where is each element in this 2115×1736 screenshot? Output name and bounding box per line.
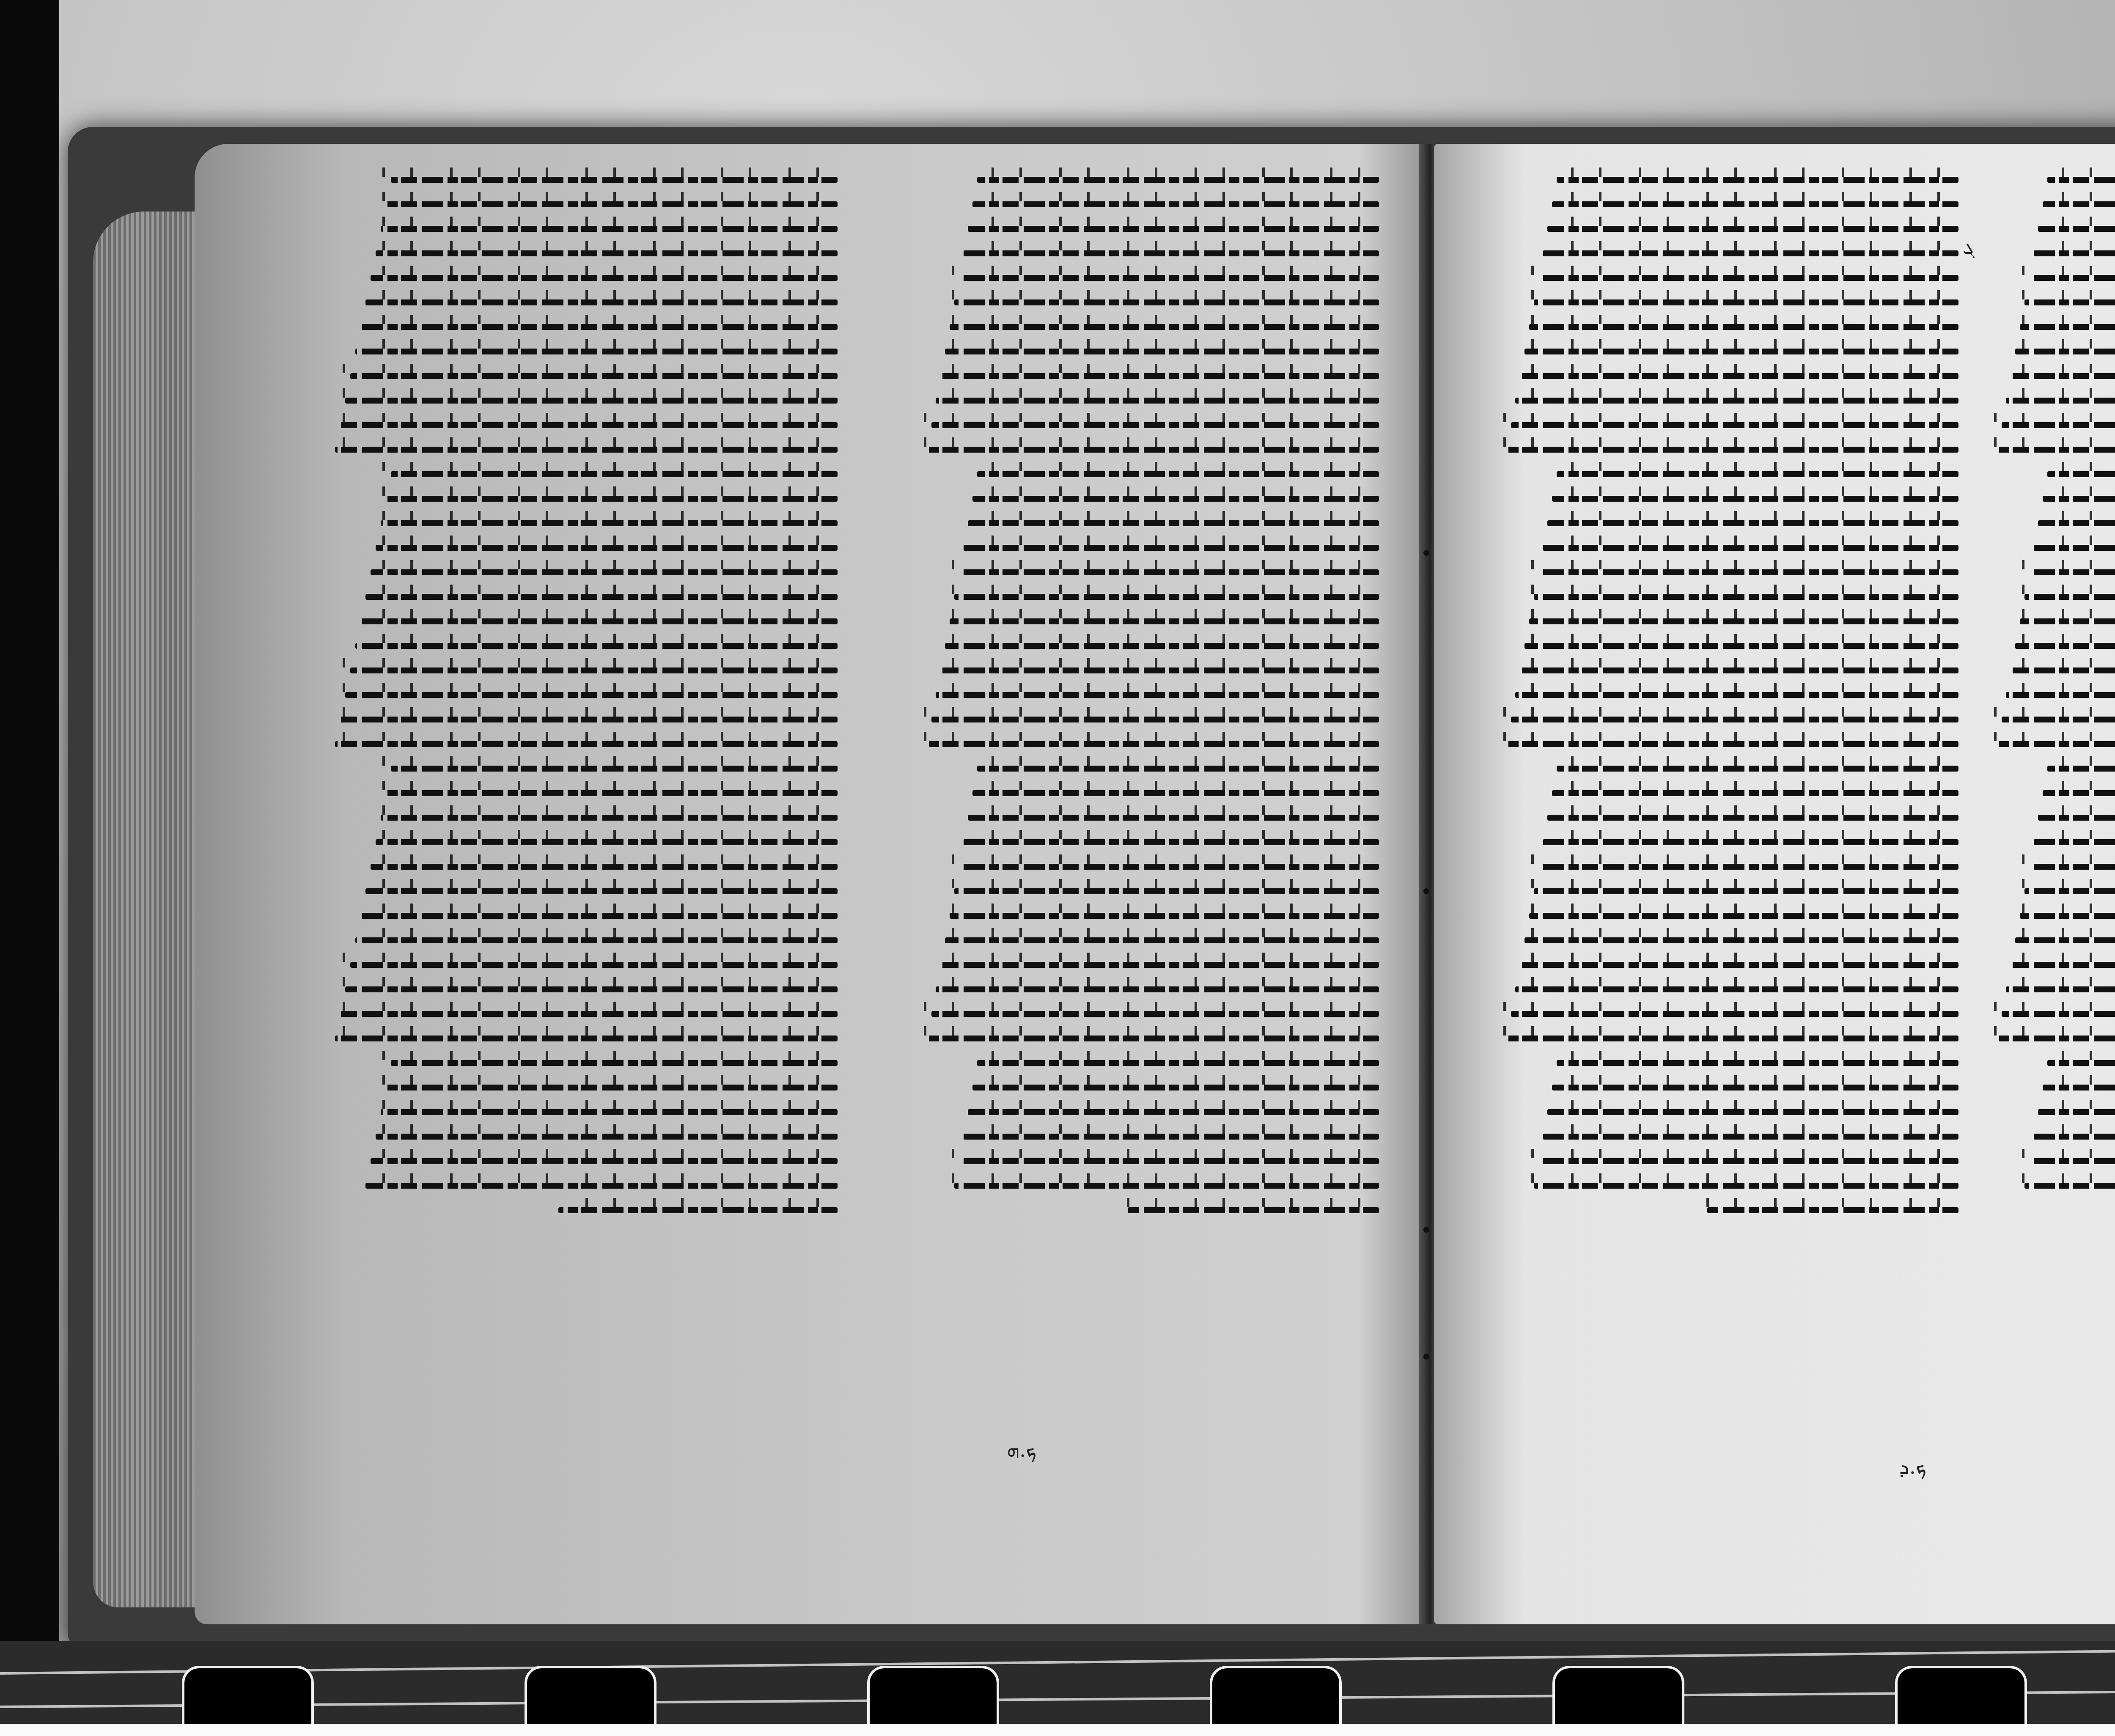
manuscript-text-line	[1992, 807, 2115, 829]
manuscript-text-line	[922, 1052, 1379, 1074]
handwritten-script	[2047, 177, 2115, 183]
handwritten-script	[376, 250, 838, 256]
manuscript-text-line	[1992, 316, 2115, 338]
manuscript-text-line	[1992, 1003, 2115, 1025]
handwritten-script	[2002, 422, 2115, 428]
handwritten-script	[2024, 594, 2115, 600]
manuscript-text-line	[330, 758, 838, 780]
handwritten-script	[371, 1158, 838, 1164]
manuscript-text-line	[922, 1175, 1379, 1197]
manuscript-text-line	[1992, 979, 2115, 1001]
handwritten-script	[1128, 1207, 1379, 1213]
handwritten-script	[936, 398, 1379, 404]
manuscript-text-line	[330, 1175, 838, 1197]
manuscript-text-line	[1502, 439, 1958, 461]
handwritten-script	[2043, 1085, 2115, 1090]
handwritten-script	[558, 1207, 838, 1213]
handwritten-script	[972, 496, 1379, 502]
manuscript-text-line	[922, 684, 1379, 706]
manuscript-text-line	[1992, 1175, 2115, 1197]
handwritten-script	[350, 667, 838, 673]
handwritten-script	[371, 569, 838, 575]
manuscript-text-line	[922, 881, 1379, 903]
handwritten-script	[2047, 1060, 2115, 1066]
manuscript-text-line	[330, 1101, 838, 1123]
handwritten-script	[2015, 643, 2115, 649]
manuscript-text-line	[330, 1151, 838, 1173]
handwritten-script	[2029, 275, 2115, 281]
manuscript-text-line	[1502, 1151, 1958, 1173]
film-scratch-line	[0, 1644, 2115, 1675]
manuscript-text-line	[1502, 537, 1958, 559]
manuscript-text-line	[330, 488, 838, 510]
handwritten-script	[950, 324, 1379, 330]
film-left-border	[0, 0, 59, 1736]
handwritten-script	[345, 398, 838, 404]
manuscript-text-line	[330, 218, 838, 240]
manuscript-text-line	[330, 415, 838, 437]
handwritten-script	[945, 643, 1379, 649]
film-sprocket-strip	[0, 1641, 2115, 1736]
manuscript-text-line	[1992, 292, 2115, 314]
handwritten-script	[2047, 766, 2115, 772]
film-scratch-line	[0, 1687, 2115, 1708]
handwritten-script	[335, 1036, 838, 1041]
handwritten-script	[391, 177, 838, 183]
manuscript-text-line	[330, 979, 838, 1001]
handwritten-script	[977, 471, 1379, 477]
binding-stitch	[1423, 550, 1429, 556]
manuscript-text-line	[1992, 611, 2115, 633]
handwritten-script	[931, 422, 1379, 428]
manuscript-text-line	[922, 1077, 1379, 1099]
handwritten-script	[2033, 545, 2115, 551]
handwritten-script	[940, 373, 1379, 379]
manuscript-text-line	[922, 807, 1379, 829]
manuscript-text-line	[330, 243, 838, 265]
manuscript-text-line	[922, 415, 1379, 437]
manuscript-text-line	[922, 1101, 1379, 1123]
handwritten-script	[936, 986, 1379, 992]
manuscript-text-line	[1992, 341, 2115, 363]
manuscript-text-line	[1992, 832, 2115, 854]
handwritten-script	[1506, 447, 1958, 453]
manuscript-text-line	[330, 807, 838, 829]
handwritten-script	[360, 618, 838, 624]
manuscript-text-line	[922, 586, 1379, 608]
manuscript-text-line	[922, 905, 1379, 927]
handwritten-script	[963, 545, 1379, 551]
manuscript-text-line	[1992, 1028, 2115, 1050]
handwritten-script	[2006, 986, 2115, 992]
manuscript-text-line	[330, 954, 838, 976]
manuscript-text-line	[1992, 586, 2115, 608]
manuscript-text-line	[1992, 365, 2115, 387]
manuscript-text-line	[1992, 513, 2115, 535]
manuscript-text-line	[1502, 660, 1958, 682]
handwritten-script	[1511, 422, 1958, 428]
manuscript-text-line	[1992, 562, 2115, 584]
manuscript-text-line	[1992, 194, 2115, 216]
handwritten-script	[2006, 692, 2115, 698]
manuscript-text-line	[330, 856, 838, 878]
manuscript-text-line	[330, 513, 838, 535]
manuscript-text-line	[1502, 979, 1958, 1001]
handwritten-script	[954, 1183, 1379, 1189]
manuscript-text-line	[1992, 537, 2115, 559]
handwritten-script	[963, 250, 1379, 256]
manuscript-text-line	[922, 1003, 1379, 1025]
handwritten-script	[2038, 815, 2115, 821]
handwritten-script	[940, 667, 1379, 673]
handwritten-script	[972, 790, 1379, 796]
handwritten-script	[1547, 815, 1958, 821]
manuscript-text-line	[1992, 218, 2115, 240]
handwritten-script	[1511, 1011, 1958, 1017]
handwritten-script	[931, 1011, 1379, 1017]
manuscript-text-line	[1992, 464, 2115, 486]
manuscript-text-line	[922, 832, 1379, 854]
handwritten-script	[2020, 618, 2115, 624]
manuscript-text-line	[922, 660, 1379, 682]
manuscript-text-line	[922, 341, 1379, 363]
handwritten-script	[972, 201, 1379, 207]
handwritten-script	[340, 1011, 838, 1017]
handwritten-script	[386, 201, 838, 207]
manuscript-text-line	[1502, 1200, 1958, 1222]
handwritten-script	[1534, 594, 1958, 600]
handwritten-script	[959, 1158, 1379, 1164]
manuscript-text-line	[330, 1200, 838, 1222]
handwritten-script	[2020, 913, 2115, 919]
manuscript-text-line	[330, 783, 838, 805]
manuscript-text-line	[1502, 243, 1958, 265]
manuscript-text-line	[922, 733, 1379, 755]
handwritten-script	[2011, 373, 2115, 379]
handwritten-script	[927, 447, 1379, 453]
manuscript-text-line	[1502, 733, 1958, 755]
manuscript-text-line	[1992, 243, 2115, 265]
handwritten-script	[1552, 1085, 1958, 1090]
manuscript-text-line	[1502, 856, 1958, 878]
handwritten-script	[2011, 962, 2115, 968]
manuscript-text-line	[330, 930, 838, 952]
handwritten-script	[2033, 250, 2115, 256]
handwritten-script	[1997, 741, 2115, 747]
manuscript-text-line	[1502, 562, 1958, 584]
manuscript-text-line	[330, 881, 838, 903]
manuscript-text-line	[922, 169, 1379, 191]
handwritten-script	[2015, 349, 2115, 354]
manuscript-text-line	[330, 169, 838, 191]
handwritten-script	[2038, 1109, 2115, 1115]
binding-stitch	[1423, 1354, 1429, 1360]
handwritten-script	[1997, 1036, 2115, 1041]
manuscript-text-line	[922, 316, 1379, 338]
manuscript-text-line	[1502, 1052, 1958, 1074]
manuscript-text-line	[1992, 1126, 2115, 1148]
manuscript-text-line	[1992, 684, 2115, 706]
manuscript-text-line	[922, 954, 1379, 976]
manuscript-text-line	[1502, 684, 1958, 706]
handwritten-script	[376, 1134, 838, 1140]
handwritten-script	[1511, 717, 1958, 722]
handwritten-script	[2033, 839, 2115, 845]
handwritten-script	[2020, 324, 2115, 330]
handwritten-script	[350, 962, 838, 968]
handwritten-script	[972, 1085, 1379, 1090]
handwritten-script	[2024, 299, 2115, 305]
manuscript-text-line	[922, 390, 1379, 412]
manuscript-text-line	[1502, 169, 1958, 191]
manuscript-text-line	[922, 488, 1379, 510]
left-page-outer-column	[330, 169, 838, 1224]
manuscript-text-line	[1502, 390, 1958, 412]
handwritten-script	[1543, 545, 1958, 551]
page-edges-stack	[93, 212, 203, 1607]
handwritten-script	[1538, 1158, 1958, 1164]
handwritten-script	[1529, 324, 1958, 330]
manuscript-text-line	[922, 243, 1379, 265]
handwritten-script	[381, 815, 838, 821]
handwritten-script	[360, 324, 838, 330]
handwritten-script	[959, 864, 1379, 870]
handwritten-script	[2002, 1011, 2115, 1017]
handwritten-script	[1538, 275, 1958, 281]
left-page: ܟ.ܗ	[195, 144, 1421, 1624]
manuscript-text-line	[1502, 635, 1958, 657]
manuscript-text-line	[1502, 316, 1958, 338]
handwritten-script	[977, 177, 1379, 183]
manuscript-text-line	[330, 1003, 838, 1025]
manuscript-text-line	[1502, 1003, 1958, 1025]
handwritten-script	[931, 717, 1379, 722]
manuscript-text-line	[922, 218, 1379, 240]
handwritten-script	[940, 962, 1379, 968]
handwritten-script	[386, 790, 838, 796]
handwritten-script	[1557, 766, 1958, 772]
handwritten-script	[1529, 913, 1958, 919]
handwritten-script	[2038, 520, 2115, 526]
handwritten-script	[350, 373, 838, 379]
handwritten-script	[1506, 741, 1958, 747]
manuscript-text-line	[1502, 292, 1958, 314]
manuscript-text-line	[330, 194, 838, 216]
manuscript-text-line	[1502, 709, 1958, 731]
handwritten-script	[371, 864, 838, 870]
manuscript-text-line	[330, 365, 838, 387]
manuscript-text-line	[922, 513, 1379, 535]
handwritten-script	[371, 275, 838, 281]
handwritten-script	[1547, 1109, 1958, 1115]
right-page: ܓ ܟ.ܕ	[1434, 144, 2115, 1624]
handwritten-script	[1515, 692, 1958, 698]
manuscript-text-line	[1992, 439, 2115, 461]
manuscript-text-line	[1992, 1151, 2115, 1173]
handwritten-script	[1552, 496, 1958, 502]
manuscript-text-line	[1502, 954, 1958, 976]
handwritten-script	[1520, 667, 1958, 673]
handwritten-script	[1524, 643, 1958, 649]
manuscript-text-line	[1502, 758, 1958, 780]
manuscript-text-line	[330, 292, 838, 314]
manuscript-text-line	[330, 1126, 838, 1148]
manuscript-text-line	[922, 439, 1379, 461]
manuscript-text-line	[330, 733, 838, 755]
manuscript-text-line	[922, 758, 1379, 780]
handwritten-script	[1529, 618, 1958, 624]
handwritten-script	[1515, 398, 1958, 404]
manuscript-text-line	[1502, 464, 1958, 486]
handwritten-script	[355, 937, 838, 943]
manuscript-text-line	[1502, 1101, 1958, 1123]
handwritten-script	[1557, 177, 1958, 183]
manuscript-text-line	[1502, 905, 1958, 927]
handwritten-script	[1552, 201, 1958, 207]
manuscript-text-line	[1502, 807, 1958, 829]
handwritten-script	[1534, 1183, 1958, 1189]
manuscript-text-line	[922, 562, 1379, 584]
manuscript-text-line	[330, 684, 838, 706]
handwritten-script	[1547, 520, 1958, 526]
manuscript-text-line	[922, 783, 1379, 805]
manuscript-text-line	[1502, 415, 1958, 437]
manuscript-text-line	[330, 709, 838, 731]
manuscript-text-line	[1992, 488, 2115, 510]
manuscript-text-line	[1992, 1052, 2115, 1074]
handwritten-script	[1506, 1036, 1958, 1041]
manuscript-text-line	[330, 464, 838, 486]
handwritten-script	[1538, 864, 1958, 870]
handwritten-script	[2029, 864, 2115, 870]
manuscript-text-line	[1502, 586, 1958, 608]
manuscript-text-line	[330, 267, 838, 289]
manuscript-text-line	[1502, 365, 1958, 387]
handwritten-script	[340, 717, 838, 722]
left-page-foliation-mark: ܟ.ܗ	[1007, 1438, 1037, 1462]
handwritten-script	[1557, 1060, 1958, 1066]
manuscript-text-line	[1992, 267, 2115, 289]
handwritten-script	[945, 349, 1379, 354]
manuscript-text-line	[1502, 611, 1958, 633]
manuscript-text-line	[922, 537, 1379, 559]
handwritten-script	[1520, 373, 1958, 379]
handwritten-script	[959, 275, 1379, 281]
manuscript-text-line	[922, 979, 1379, 1001]
manuscript-text-line	[1502, 930, 1958, 952]
handwritten-script	[376, 545, 838, 551]
handwritten-script	[2011, 667, 2115, 673]
manuscript-text-line	[330, 439, 838, 461]
manuscript-text-line	[1992, 1101, 2115, 1123]
handwritten-script	[1547, 226, 1958, 232]
handwritten-script	[2002, 717, 2115, 722]
handwritten-script	[1552, 790, 1958, 796]
manuscript-text-line	[330, 586, 838, 608]
manuscript-text-line	[330, 1028, 838, 1050]
handwritten-script	[1534, 888, 1958, 894]
handwritten-script	[968, 1109, 1379, 1115]
handwritten-script	[386, 496, 838, 502]
handwritten-script	[1543, 1134, 1958, 1140]
handwritten-script	[1707, 1207, 1958, 1213]
handwritten-script	[1524, 349, 1958, 354]
handwritten-script	[360, 913, 838, 919]
manuscript-text-line	[922, 194, 1379, 216]
handwritten-script	[1543, 839, 1958, 845]
manuscript-text-line	[922, 1151, 1379, 1173]
manuscript-text-line	[1502, 832, 1958, 854]
manuscript-text-line	[1502, 194, 1958, 216]
open-codex: ܟ.ܗ ܓ ܟ.ܕ	[68, 127, 2115, 1650]
handwritten-script	[968, 520, 1379, 526]
handwritten-script	[1538, 569, 1958, 575]
manuscript-text-line	[1502, 783, 1958, 805]
manuscript-text-line	[1502, 267, 1958, 289]
handwritten-script	[365, 1183, 838, 1189]
handwritten-script	[950, 913, 1379, 919]
manuscript-text-line	[922, 635, 1379, 657]
manuscript-text-line	[1992, 758, 2115, 780]
handwritten-script	[365, 594, 838, 600]
manuscript-text-line	[922, 292, 1379, 314]
handwritten-script	[945, 937, 1379, 943]
manuscript-text-line	[1502, 1028, 1958, 1050]
manuscript-text-line	[330, 316, 838, 338]
handwritten-script	[950, 618, 1379, 624]
manuscript-text-line	[1992, 169, 2115, 191]
handwritten-script	[2006, 398, 2115, 404]
manuscript-text-line	[1992, 390, 2115, 412]
handwritten-script	[381, 226, 838, 232]
handwritten-script	[968, 226, 1379, 232]
handwritten-script	[927, 1036, 1379, 1041]
manuscript-text-line	[922, 856, 1379, 878]
handwritten-script	[2043, 496, 2115, 502]
manuscript-text-line	[330, 1052, 838, 1074]
handwritten-script	[2015, 937, 2115, 943]
right-page-outer-column	[1992, 169, 2115, 1224]
manuscript-text-line	[1992, 733, 2115, 755]
manuscript-text-line	[330, 660, 838, 682]
manuscript-text-line	[1992, 881, 2115, 903]
manuscript-text-line	[1502, 1126, 1958, 1148]
handwritten-script	[335, 447, 838, 453]
manuscript-text-line	[330, 611, 838, 633]
manuscript-text-line	[330, 635, 838, 657]
manuscript-text-line	[922, 611, 1379, 633]
handwritten-script	[954, 299, 1379, 305]
manuscript-text-line	[1502, 881, 1958, 903]
handwritten-script	[2029, 569, 2115, 575]
handwritten-script	[391, 1060, 838, 1066]
right-page-inner-column	[1502, 169, 1958, 1224]
binding-stitch	[1423, 888, 1429, 894]
handwritten-script	[959, 569, 1379, 575]
manuscript-text-line	[1992, 660, 2115, 682]
manuscript-text-line	[1502, 1077, 1958, 1099]
handwritten-script	[977, 766, 1379, 772]
handwritten-script	[1557, 471, 1958, 477]
manuscript-text-line	[1992, 954, 2115, 976]
manuscript-text-line	[922, 267, 1379, 289]
manuscript-text-line	[330, 1077, 838, 1099]
handwritten-script	[365, 888, 838, 894]
manuscript-text-line	[1502, 341, 1958, 363]
manuscript-text-line	[922, 930, 1379, 952]
manuscript-text-line	[1992, 1200, 2115, 1222]
manuscript-text-line	[1992, 930, 2115, 952]
